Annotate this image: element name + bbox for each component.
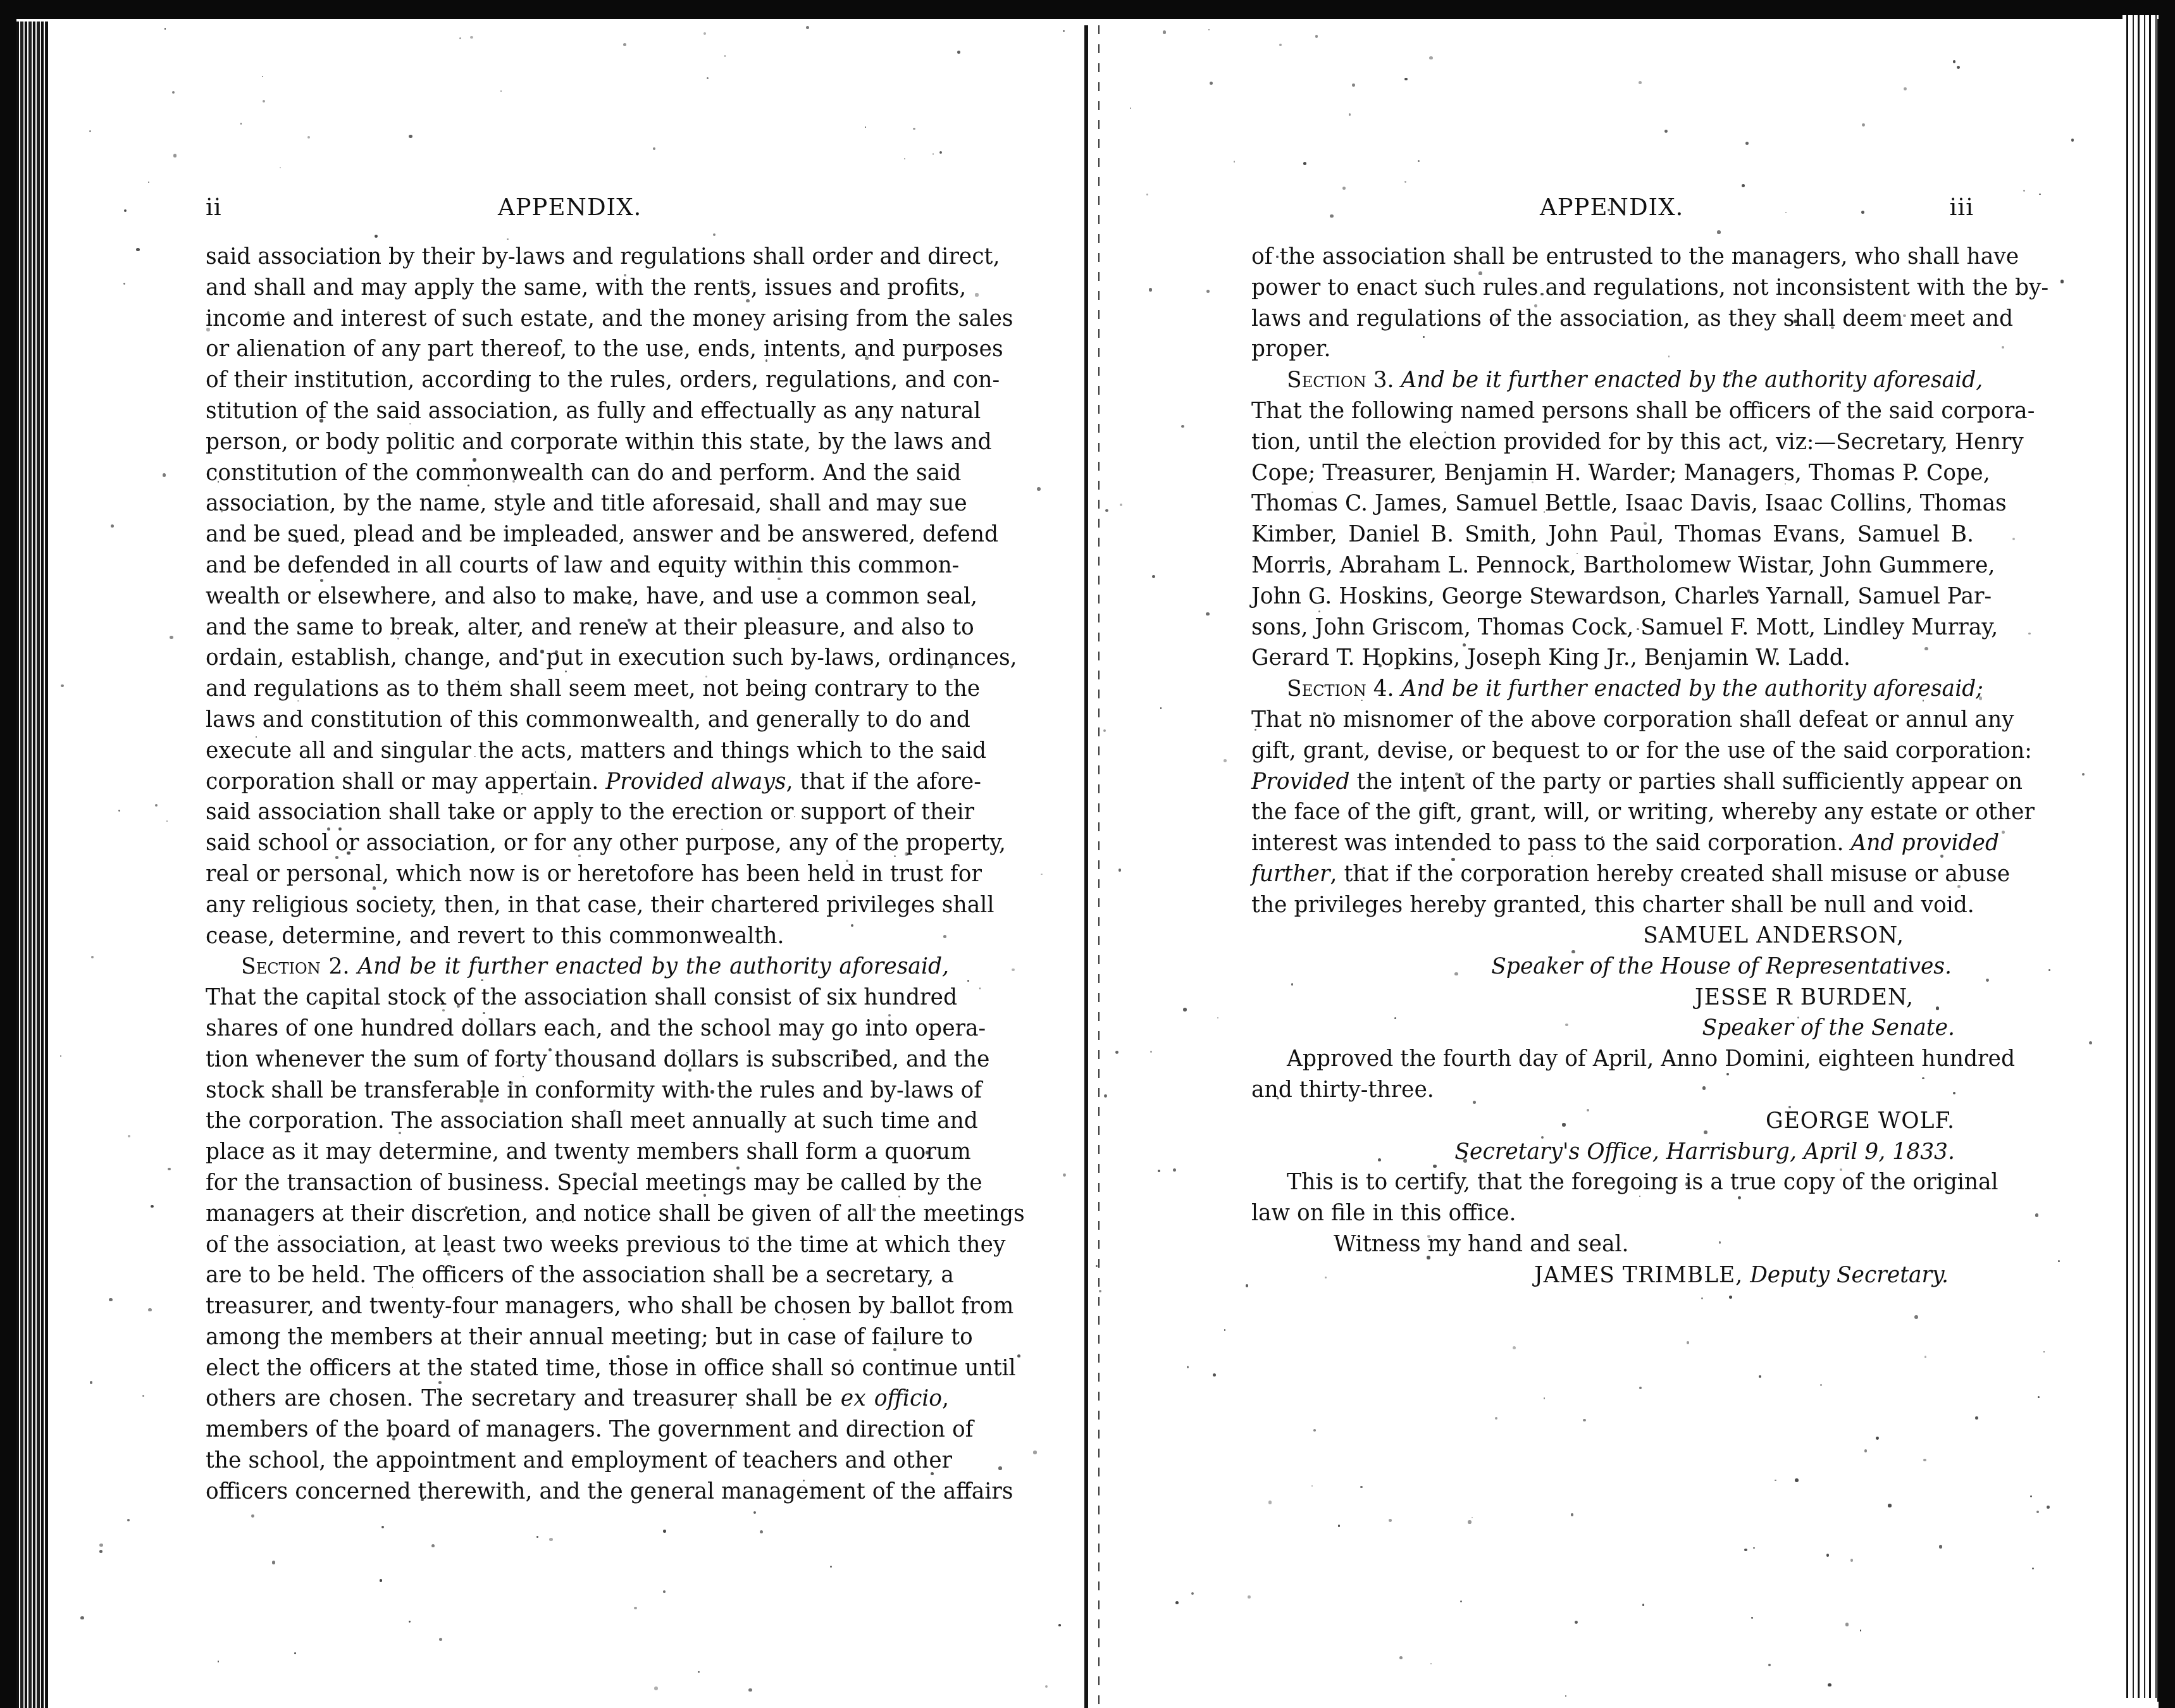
- scan-speckle: [308, 376, 311, 379]
- scan-speckle: [613, 1172, 616, 1175]
- text-line: stock shall be transferable in conformit…: [206, 1075, 949, 1106]
- line-text: tion, until the election provided for by…: [1251, 430, 2024, 455]
- scan-speckle: [628, 619, 631, 622]
- scan-speckle: [1794, 319, 1797, 323]
- scan-speckle: [172, 91, 175, 94]
- certification-line-end: law on file in this office.: [1251, 1198, 1974, 1229]
- scan-speckle: [1468, 1520, 1472, 1524]
- scan-speckle: [118, 810, 120, 812]
- scan-speckle: [1105, 509, 1108, 512]
- scan-speckle: [1246, 1284, 1248, 1287]
- scan-speckle: [1276, 256, 1279, 258]
- scan-speckle: [335, 856, 338, 859]
- scan-speckle: [1460, 1600, 1462, 1602]
- scan-speckle: [1538, 843, 1540, 845]
- left-binding-edge: [16, 22, 46, 1708]
- line-text: the intent of the party or parties shall…: [1350, 769, 2023, 795]
- page-number: iii: [1949, 194, 1974, 221]
- scan-speckle: [778, 578, 780, 580]
- scan-speckle: [1979, 696, 1982, 700]
- scan-speckle: [1311, 492, 1313, 493]
- scan-speckle: [240, 123, 242, 124]
- page-body-text: said association by their by-laws and re…: [206, 242, 949, 1507]
- text-line: proper.: [1251, 334, 1974, 365]
- scan-speckle: [1063, 30, 1064, 32]
- scan-speckle: [1352, 84, 1354, 86]
- scan-speckle: [806, 26, 810, 30]
- scan-speckle: [1936, 1006, 1939, 1010]
- scan-speckle: [707, 77, 709, 79]
- scan-speckle: [1797, 1017, 1799, 1018]
- scan-speckle: [713, 233, 716, 236]
- scan-speckle: [1472, 1517, 1473, 1519]
- text-line: the privileges hereby granted, this char…: [1251, 890, 1974, 921]
- text-line: laws and constitution of this commonweal…: [206, 705, 949, 736]
- line-text: John G. Hoskins, George Stewardson, Char…: [1251, 584, 1992, 609]
- line-text: That the following named persons shall b…: [1251, 399, 2035, 424]
- scan-speckle: [905, 852, 908, 856]
- scan-speckle: [1175, 1601, 1179, 1604]
- line-text: and the same to break, alter, and renew …: [206, 615, 974, 640]
- line-text: and be defended in all courts of law and…: [206, 553, 959, 578]
- line-text: or alienation of any part thereof, to th…: [206, 337, 1003, 362]
- line-text: the school, the appointment and employme…: [206, 1448, 952, 1473]
- scan-speckle: [99, 1544, 103, 1547]
- approval-line-end: and thirty-three.: [1251, 1075, 1974, 1106]
- section-heading-line: Section 2. And be it further enacted by …: [206, 951, 949, 982]
- scan-speckle: [2035, 1213, 2038, 1216]
- scan-speckle: [399, 1132, 401, 1134]
- scan-speckle: [736, 1167, 740, 1170]
- text-line: of their institution, according to the r…: [206, 365, 949, 396]
- line-text: said association by their by-laws and re…: [206, 244, 1000, 269]
- scan-speckle: [1639, 1387, 1642, 1389]
- scan-speckle: [1160, 707, 1162, 709]
- line-text: tion whenever the sum of forty thousand …: [206, 1047, 989, 1072]
- running-head: ii APPENDIX.: [206, 194, 949, 229]
- scan-speckle: [1279, 44, 1282, 46]
- scan-speckle: [1454, 972, 1458, 975]
- line-text: person, or body politic and corporate wi…: [206, 430, 992, 455]
- scan-speckle: [623, 43, 626, 46]
- scan-speckle: [1234, 161, 1236, 163]
- scan-speckle: [663, 1530, 666, 1532]
- scan-speckle: [677, 817, 679, 819]
- scan-speckle: [1939, 1545, 1942, 1548]
- scan-speckle: [155, 804, 158, 807]
- scan-speckle: [1753, 1547, 1754, 1549]
- scan-speckle: [1115, 1051, 1118, 1054]
- scan-speckle: [555, 650, 558, 653]
- deputy-title: Deputy Secretary.: [1750, 1263, 1949, 1288]
- scan-speckle: [1860, 1630, 1862, 1631]
- enacting-clause: And be it further enacted by the authori…: [357, 954, 949, 979]
- scan-speckle: [470, 36, 473, 39]
- scan-speckle: [703, 32, 706, 35]
- scan-speckle: [1224, 1329, 1225, 1330]
- scan-speckle: [173, 154, 177, 158]
- scan-speckle: [123, 283, 125, 285]
- scan-speckle: [540, 650, 544, 653]
- line-text: Cope; Treasurer, Benjamin H. Warder; Man…: [1251, 461, 1990, 486]
- scan-speckle: [803, 1480, 805, 1482]
- scan-speckle: [327, 827, 330, 831]
- scan-speckle: [439, 1638, 442, 1641]
- line-text: laws and regulations of the association,…: [1251, 306, 2013, 331]
- line-text: association, by the name, style and titl…: [206, 491, 967, 516]
- scan-speckle: [849, 1359, 851, 1361]
- scan-speckle: [1850, 1559, 1854, 1562]
- text-line: said school or association, or for any o…: [206, 828, 949, 859]
- text-line: constitution of the commonwealth can do …: [206, 458, 949, 489]
- scan-speckle: [1914, 535, 1918, 538]
- text-line: Gerard T. Hopkins, Joseph King Jr., Benj…: [1251, 643, 1974, 674]
- text-line: Morris, Abraham L. Pennock, Bartholomew …: [1251, 550, 1974, 581]
- line-text: of the association shall be entrusted to…: [1251, 244, 2019, 269]
- text-line: gift, grant, devise, or bequest to or fo…: [1251, 736, 1974, 767]
- witness-line: Witness my hand and seal.: [1251, 1229, 1974, 1260]
- section-label: Section 2.: [241, 954, 349, 979]
- scan-speckle: [151, 1205, 154, 1208]
- scan-speckle: [1360, 1486, 1362, 1488]
- scan-speckle: [1315, 35, 1318, 38]
- scan-speckle: [295, 539, 299, 543]
- scan-speckle: [562, 1221, 564, 1223]
- scan-speckle: [2028, 633, 2031, 635]
- scan-speckle: [2089, 1041, 2092, 1044]
- scan-speckle: [1342, 187, 1346, 190]
- scan-speckle: [1058, 1624, 1061, 1626]
- scan-speckle: [893, 1348, 896, 1351]
- scan-speckle: [109, 1298, 113, 1302]
- scan-speckle: [653, 147, 655, 149]
- scan-speckle: [967, 980, 969, 981]
- scan-speckle: [1063, 1173, 1066, 1177]
- scan-speckle: [1096, 1265, 1098, 1267]
- line-text: any religious society, then, in that cas…: [206, 893, 994, 918]
- text-line: and regulations as to them shall seem me…: [206, 674, 949, 705]
- scan-speckle: [127, 1519, 130, 1521]
- text-line: tion whenever the sum of forty thousand …: [206, 1044, 949, 1075]
- line-text: and shall and may apply the same, with t…: [206, 275, 966, 300]
- line-text: the privileges hereby granted, this char…: [1251, 893, 1974, 918]
- scan-speckle: [2038, 1396, 2040, 1399]
- scan-speckle: [1922, 1077, 1924, 1079]
- line-text: and regulations as to them shall seem me…: [206, 676, 980, 702]
- scan-speckle: [1325, 1277, 1326, 1278]
- scan-speckle: [1217, 1017, 1218, 1018]
- text-line: managers at their discretion, and notice…: [206, 1199, 949, 1230]
- scan-speckle: [447, 1253, 450, 1256]
- scan-speckle: [951, 1301, 953, 1302]
- scan-speckle: [1562, 1123, 1566, 1127]
- line-text: Morris, Abraham L. Pennock, Bartholomew …: [1251, 553, 1995, 578]
- scan-speckle: [1037, 487, 1041, 491]
- scan-speckle: [1099, 1290, 1101, 1292]
- scan-speckle: [536, 1536, 538, 1538]
- scan-speckle: [2032, 1568, 2034, 1569]
- scan-speckle: [2058, 1260, 2060, 1262]
- line-text: of the association, at least two weeks p…: [206, 1232, 1005, 1258]
- line-text: gift, grant, devise, or bequest to or fo…: [1251, 738, 2032, 764]
- text-line: others are chosen. The secretary and tre…: [206, 1383, 949, 1414]
- scan-speckle: [483, 1012, 485, 1014]
- text-line: sons, John Griscom, Thomas Cock, Samuel …: [1251, 612, 1974, 643]
- italic-text: Provided: [1251, 769, 1350, 795]
- scan-speckle: [319, 419, 323, 423]
- scan-speckle: [1206, 290, 1210, 294]
- scan-speckle: [979, 987, 981, 989]
- scan-speckle: [515, 374, 517, 376]
- scan-speckle: [549, 1538, 552, 1541]
- scan-speckle: [221, 511, 223, 512]
- text-line: That the capital stock of the associatio…: [206, 982, 949, 1013]
- scan-speckle: [111, 524, 114, 528]
- scan-speckle: [555, 771, 557, 773]
- scan-speckle: [721, 829, 723, 831]
- scan-speckle: [1740, 751, 1743, 753]
- text-line: said association shall take or apply to …: [206, 797, 949, 828]
- scan-speckle: [1544, 511, 1546, 513]
- book-gutter-shadow: [1098, 25, 1100, 1708]
- italic-text: And provided: [1850, 831, 1999, 856]
- scan-speckle: [2048, 969, 2050, 971]
- line-text: ordain, establish, change, and put in ex…: [206, 645, 1017, 671]
- scan-speckle: [409, 135, 412, 138]
- line-text: That the capital stock of the associatio…: [206, 985, 957, 1010]
- scan-speckle: [1495, 1417, 1497, 1420]
- line-text: stock shall be transferable in conformit…: [206, 1078, 982, 1103]
- scan-speckle: [1876, 1437, 1879, 1440]
- scan-speckle: [634, 1607, 637, 1610]
- deputy-name: JAMES TRIMBLE,: [1534, 1263, 1743, 1288]
- line-text: and be sued, plead and be impleaded, ans…: [206, 522, 998, 547]
- text-line: income and interest of such estate, and …: [206, 304, 949, 335]
- scan-speckle: [1583, 1419, 1586, 1422]
- scan-speckle: [753, 1511, 757, 1514]
- running-head-title: APPENDIX.: [1540, 194, 1683, 221]
- line-text: corporation shall or may appertain.: [206, 769, 605, 795]
- scan-speckle: [2002, 831, 2005, 834]
- scan-speckle: [1361, 700, 1362, 701]
- scan-speckle: [913, 128, 915, 130]
- scan-speckle: [474, 756, 475, 757]
- scan-right-border: [2159, 0, 2175, 1708]
- line-text: Gerard T. Hopkins, Joseph King Jr., Benj…: [1251, 645, 1850, 671]
- scan-speckle: [1173, 1168, 1176, 1172]
- text-line: said association by their by-laws and re…: [206, 242, 949, 273]
- scan-speckle: [1349, 113, 1351, 116]
- scan-speckle: [1033, 1451, 1036, 1454]
- scan-speckle: [1768, 1664, 1771, 1666]
- italic-text: Provided always: [605, 769, 786, 795]
- scan-speckle: [1924, 1356, 1927, 1358]
- text-line: the school, the appointment and employme…: [206, 1445, 949, 1476]
- scan-speckle: [696, 314, 698, 316]
- scan-speckle: [1687, 1341, 1690, 1344]
- scan-speckle: [90, 1381, 93, 1384]
- scan-speckle: [1742, 653, 1744, 655]
- text-line: among the members at their annual meetin…: [206, 1322, 949, 1353]
- line-text: Thomas C. James, Samuel Bettle, Isaac Da…: [1251, 491, 2007, 516]
- scan-speckle: [1313, 1429, 1316, 1432]
- scan-speckle: [760, 1530, 763, 1533]
- line-text: for the transaction of business. Special…: [206, 1170, 982, 1196]
- scan-speckle: [1639, 1196, 1640, 1197]
- scan-speckle: [1433, 1165, 1437, 1168]
- scan-speckle: [1378, 1158, 1381, 1161]
- text-line: Thomas C. James, Samuel Bettle, Isaac Da…: [1251, 488, 1974, 519]
- line-text: members of the board of managers. The go…: [206, 1417, 974, 1442]
- scan-speckle: [516, 1061, 517, 1063]
- page-body-text: of the association shall be entrusted to…: [1251, 242, 1974, 921]
- scan-speckle: [1404, 78, 1407, 80]
- scan-speckle: [1565, 1695, 1566, 1697]
- scan-speckle: [624, 274, 626, 276]
- scan-speckle: [1642, 1604, 1644, 1606]
- scan-speckle: [1747, 590, 1751, 593]
- scan-speckle: [1389, 1519, 1391, 1521]
- scan-speckle: [1041, 874, 1043, 876]
- scan-speckle: [1903, 314, 1906, 318]
- scan-speckle: [1742, 184, 1745, 187]
- deputy-secretary-signature: JAMES TRIMBLE, Deputy Secretary.: [1251, 1260, 1974, 1291]
- enacting-clause: And be it further enacted by the authori…: [1401, 368, 1983, 393]
- scan-speckle: [573, 1454, 577, 1458]
- scan-speckle: [771, 690, 774, 693]
- scan-speckle: [288, 1057, 292, 1061]
- scan-speckle: [853, 285, 855, 287]
- scan-speckle: [851, 924, 853, 927]
- text-line: corporation shall or may appertain. Prov…: [206, 767, 949, 798]
- scan-speckle: [1291, 983, 1293, 985]
- scan-speckle: [1206, 612, 1210, 616]
- scan-speckle: [628, 602, 631, 605]
- italic-text: further: [1251, 862, 1330, 887]
- office-dateline: Secretary's Office, Harrisburg, April 9,…: [1251, 1137, 1974, 1168]
- text-line: of the association, at least two weeks p…: [206, 1230, 949, 1261]
- line-text: are to be held. The officers of the asso…: [206, 1263, 954, 1288]
- scan-top-border: [0, 0, 2175, 19]
- scan-speckle: [1427, 1235, 1430, 1238]
- text-line: wealth or elsewhere, and also to make, h…: [206, 581, 949, 612]
- scan-speckle: [1927, 782, 1930, 784]
- scan-speckle: [746, 299, 750, 303]
- scan-speckle: [865, 127, 866, 128]
- scan-speckle: [688, 1068, 691, 1072]
- scan-speckle: [1012, 968, 1014, 971]
- scan-speckle: [1744, 1549, 1747, 1552]
- speaker-senate-title: Speaker of the Senate.: [1251, 1013, 1974, 1044]
- line-text: execute all and singular the acts, matte…: [206, 738, 986, 764]
- italic-text: ex officio: [841, 1386, 942, 1411]
- scan-speckle: [1430, 1663, 1432, 1664]
- text-line: for the transaction of business. Special…: [206, 1168, 949, 1199]
- scan-speckle: [1163, 30, 1166, 34]
- scan-speckle: [1183, 1008, 1187, 1012]
- scan-speckle: [267, 311, 270, 314]
- text-line: any religious society, then, in that cas…: [206, 890, 949, 921]
- scan-speckle: [1478, 271, 1482, 275]
- scan-speckle: [380, 1579, 383, 1582]
- right-page-edges: [2122, 15, 2160, 1698]
- text-line: place as it may determine, and twenty me…: [206, 1137, 949, 1168]
- scan-speckle: [1751, 1617, 1753, 1619]
- scan-speckle: [1363, 753, 1365, 754]
- scan-speckle: [626, 1355, 629, 1358]
- scan-speckle: [949, 665, 953, 669]
- scan-speckle: [1729, 1296, 1732, 1299]
- scan-speckle: [830, 1566, 832, 1568]
- scan-speckle: [1404, 181, 1406, 183]
- text-line: further, that if the corporation hereby …: [1251, 859, 1974, 890]
- text-line: members of the board of managers. The go…: [206, 1414, 949, 1445]
- enacting-clause: And be it further enacted by the authori…: [1401, 676, 1983, 702]
- speaker-house-name: SAMUEL ANDERSON,: [1251, 920, 1974, 951]
- text-line: John G. Hoskins, George Stewardson, Char…: [1251, 581, 1974, 612]
- text-line: and be defended in all courts of law and…: [206, 550, 949, 581]
- scan-speckle: [1828, 1683, 1831, 1687]
- scan-speckle: [936, 347, 939, 350]
- speaker-senate-name: JESSE R BURDEN,: [1251, 982, 1974, 1013]
- scan-speckle: [826, 650, 830, 653]
- scan-speckle: [142, 1395, 144, 1397]
- scan-speckle: [1777, 711, 1779, 713]
- line-text: laws and constitution of this commonweal…: [206, 707, 970, 733]
- scan-speckle: [124, 209, 127, 212]
- scan-speckle: [973, 1206, 975, 1208]
- text-line: execute all and singular the acts, matte…: [206, 736, 949, 767]
- signature-block: SAMUEL ANDERSON, Speaker of the House of…: [1251, 920, 1974, 1291]
- scan-speckle: [1303, 162, 1306, 165]
- scan-speckle: [1509, 407, 1512, 411]
- running-head-title: APPENDIX.: [498, 194, 641, 221]
- scan-speckle: [218, 1661, 220, 1662]
- scan-speckle: [375, 235, 378, 238]
- scan-speckle: [280, 167, 281, 168]
- text-line: ordain, establish, change, and put in ex…: [206, 643, 949, 674]
- scan-speckle: [1957, 885, 1961, 888]
- line-text: wealth or elsewhere, and also to make, h…: [206, 584, 977, 609]
- line-text: place as it may determine, and twenty me…: [206, 1139, 971, 1165]
- text-line: cease, determine, and revert to this com…: [206, 921, 949, 952]
- section-label: Section 3.: [1287, 368, 1394, 393]
- scan-speckle: [703, 1194, 707, 1197]
- scan-speckle: [1224, 759, 1227, 762]
- scan-speckle: [1664, 130, 1668, 133]
- scan-speckle: [1283, 416, 1284, 418]
- line-text: said school or association, or for any o…: [206, 831, 1006, 856]
- scan-speckle: [1103, 729, 1106, 732]
- scan-speckle: [2012, 538, 2015, 540]
- scan-speckle: [975, 293, 978, 296]
- scan-speckle: [2023, 190, 2025, 192]
- section-heading-line: Section 3. And be it further enacted by …: [1251, 365, 1974, 396]
- scan-speckle: [1399, 1656, 1403, 1659]
- scan-speckle: [904, 158, 905, 159]
- certification-line: This is to certify, that the foregoing i…: [1251, 1167, 1974, 1198]
- text-line: and shall and may apply the same, with t…: [206, 273, 949, 304]
- scan-speckle: [1551, 855, 1553, 857]
- scan-speckle: [933, 153, 934, 154]
- scan-speckle: [1914, 1315, 1918, 1319]
- scan-speckle: [1017, 1354, 1020, 1358]
- scan-speckle: [1310, 557, 1313, 560]
- scan-speckle: [2043, 1351, 2045, 1352]
- line-text: interest was intended to pass to the sai…: [1251, 831, 1850, 856]
- line-text: Kimber, Daniel B. Smith, John Paul, Thom…: [1251, 522, 1974, 547]
- scan-speckle: [1429, 56, 1432, 59]
